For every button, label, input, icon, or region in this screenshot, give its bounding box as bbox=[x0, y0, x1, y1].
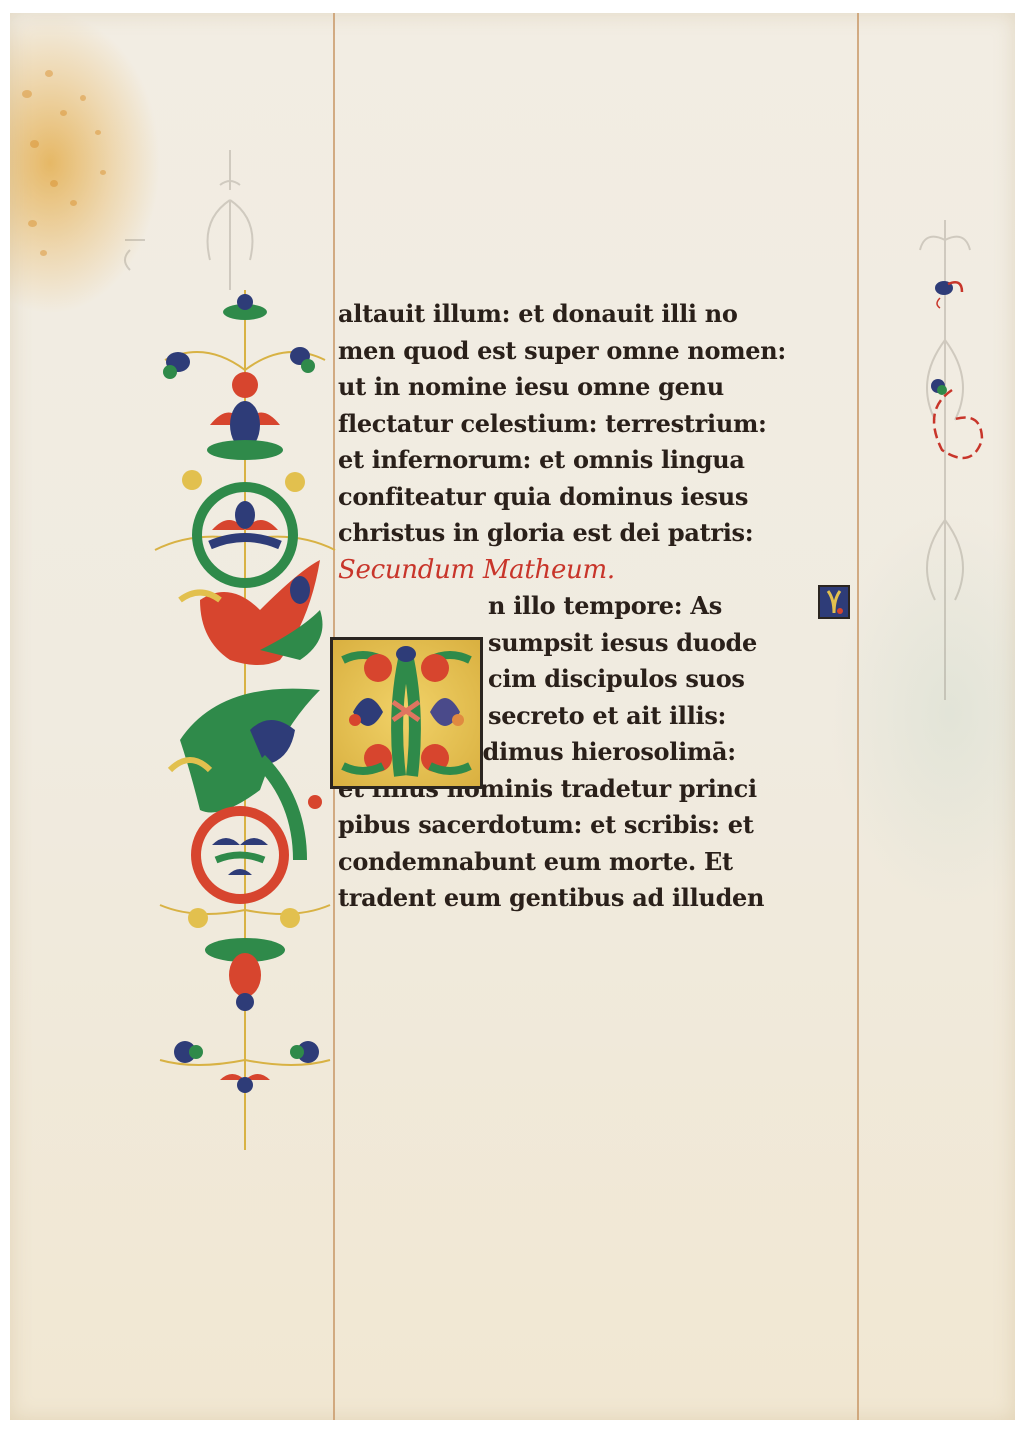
text-line: condemnabunt eum morte. Et bbox=[338, 844, 858, 881]
small-initial-i-icon bbox=[820, 587, 848, 617]
right-margin-flourish-icon bbox=[900, 250, 1010, 500]
text-line: ut in nomine iesu omne genu bbox=[338, 369, 858, 406]
text-line: men quod est super omne nomen: bbox=[338, 333, 858, 370]
small-decorated-initial bbox=[818, 585, 850, 619]
manuscript-text: altauit illum: et donauit illi no men qu… bbox=[338, 296, 858, 917]
text-line: flectatur celestium: terrestrium: bbox=[338, 406, 858, 443]
illuminated-border-icon bbox=[140, 290, 350, 1150]
text-line: christus in gloria est dei patris: bbox=[338, 515, 858, 552]
text-line: n illo tempore: As bbox=[338, 588, 858, 625]
text-line: altauit illum: et donauit illi no bbox=[338, 296, 858, 333]
text-line: et infernorum: et omnis lingua bbox=[338, 442, 858, 479]
text-line: confiteatur quia dominus iesus bbox=[338, 479, 858, 516]
text-line: pibus sacerdotum: et scribis: et bbox=[338, 807, 858, 844]
text-line: tradent eum gentibus ad illuden bbox=[338, 880, 858, 917]
acanthus-initial-i-icon bbox=[333, 640, 480, 786]
offset-border-ghost-icon bbox=[110, 140, 310, 300]
decorated-initial bbox=[330, 637, 483, 789]
rubric-heading: Secundum Matheum. bbox=[338, 552, 858, 589]
